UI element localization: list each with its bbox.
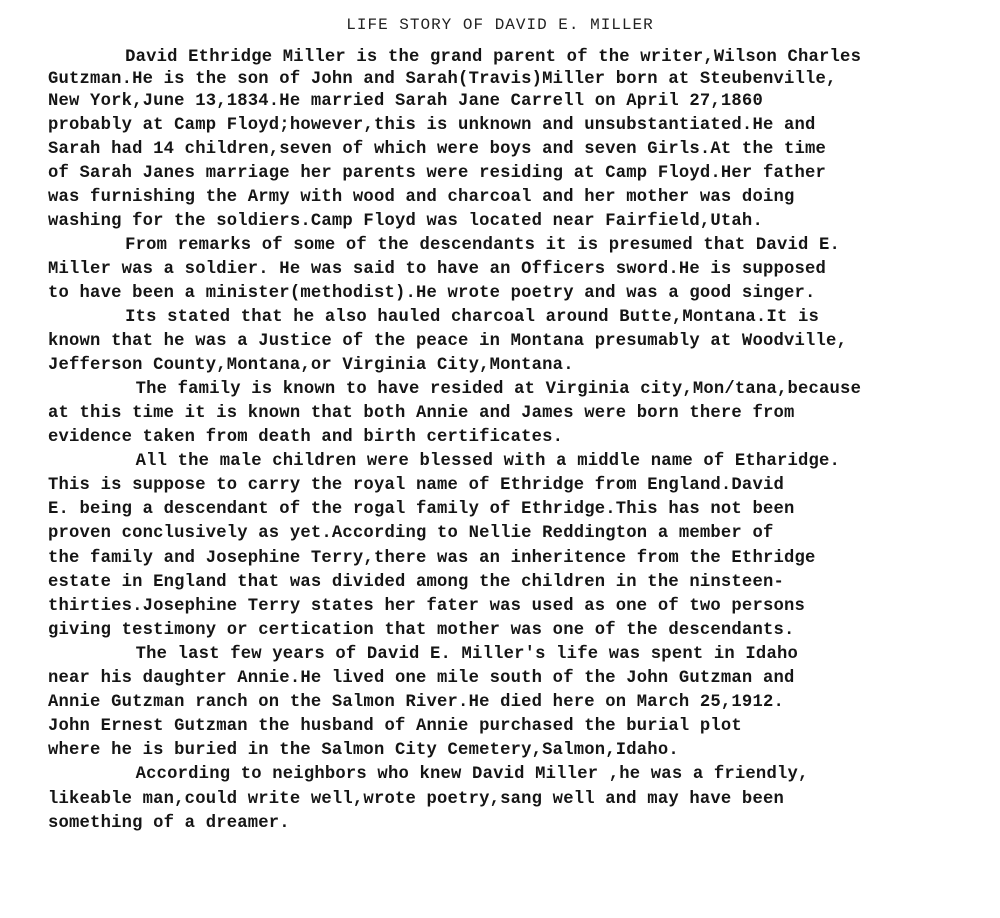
text-line: of Sarah Janes marriage her parents were… bbox=[48, 163, 826, 185]
text-line: New York,June 13,1834.He married Sarah J… bbox=[48, 91, 763, 113]
text-line: From remarks of some of the descendants … bbox=[62, 235, 840, 257]
text-line: proven conclusively as yet.According to … bbox=[48, 523, 773, 545]
text-line: David Ethridge Miller is the grand paren… bbox=[62, 47, 861, 69]
text-line: Jefferson County,Montana,or Virginia Cit… bbox=[48, 355, 574, 377]
text-line: evidence taken from death and birth cert… bbox=[48, 427, 563, 449]
text-line: the family and Josephine Terry,there was… bbox=[48, 548, 816, 570]
text-line: something of a dreamer. bbox=[48, 813, 290, 835]
text-line: Its stated that he also hauled charcoal … bbox=[62, 307, 819, 329]
text-line: where he is buried in the Salmon City Ce… bbox=[48, 740, 679, 762]
text-line: Gutzman.He is the son of John and Sarah(… bbox=[48, 69, 837, 91]
text-line: known that he was a Justice of the peace… bbox=[48, 331, 847, 353]
text-line: was furnishing the Army with wood and ch… bbox=[48, 187, 795, 209]
text-line: The family is known to have resided at V… bbox=[62, 379, 861, 401]
text-line: E. being a descendant of the rogal famil… bbox=[48, 499, 795, 521]
text-line: estate in England that was divided among… bbox=[48, 572, 784, 594]
text-line: All the male children were blessed with … bbox=[62, 451, 840, 473]
text-line: thirties.Josephine Terry states her fate… bbox=[48, 596, 805, 618]
text-line: at this time it is known that both Annie… bbox=[48, 403, 795, 425]
document-title: LIFE STORY OF DAVID E. MILLER bbox=[0, 16, 1000, 34]
text-line: The last few years of David E. Miller's … bbox=[62, 644, 798, 666]
text-line: near his daughter Annie.He lived one mil… bbox=[48, 668, 795, 690]
text-line: washing for the soldiers.Camp Floyd was … bbox=[48, 211, 763, 233]
text-line: probably at Camp Floyd;however,this is u… bbox=[48, 115, 816, 137]
text-line: to have been a minister(methodist).He wr… bbox=[48, 283, 816, 305]
text-line: likeable man,could write well,wrote poet… bbox=[48, 789, 784, 811]
text-line: According to neighbors who knew David Mi… bbox=[62, 764, 809, 786]
text-line: Annie Gutzman ranch on the Salmon River.… bbox=[48, 692, 784, 714]
text-line: John Ernest Gutzman the husband of Annie… bbox=[48, 716, 742, 738]
text-line: Sarah had 14 children,seven of which wer… bbox=[48, 139, 826, 161]
typewritten-page: LIFE STORY OF DAVID E. MILLER David Ethr… bbox=[0, 0, 1000, 918]
text-line: giving testimony or certication that mot… bbox=[48, 620, 795, 642]
text-line: Miller was a soldier. He was said to hav… bbox=[48, 259, 826, 281]
text-line: This is suppose to carry the royal name … bbox=[48, 475, 784, 497]
